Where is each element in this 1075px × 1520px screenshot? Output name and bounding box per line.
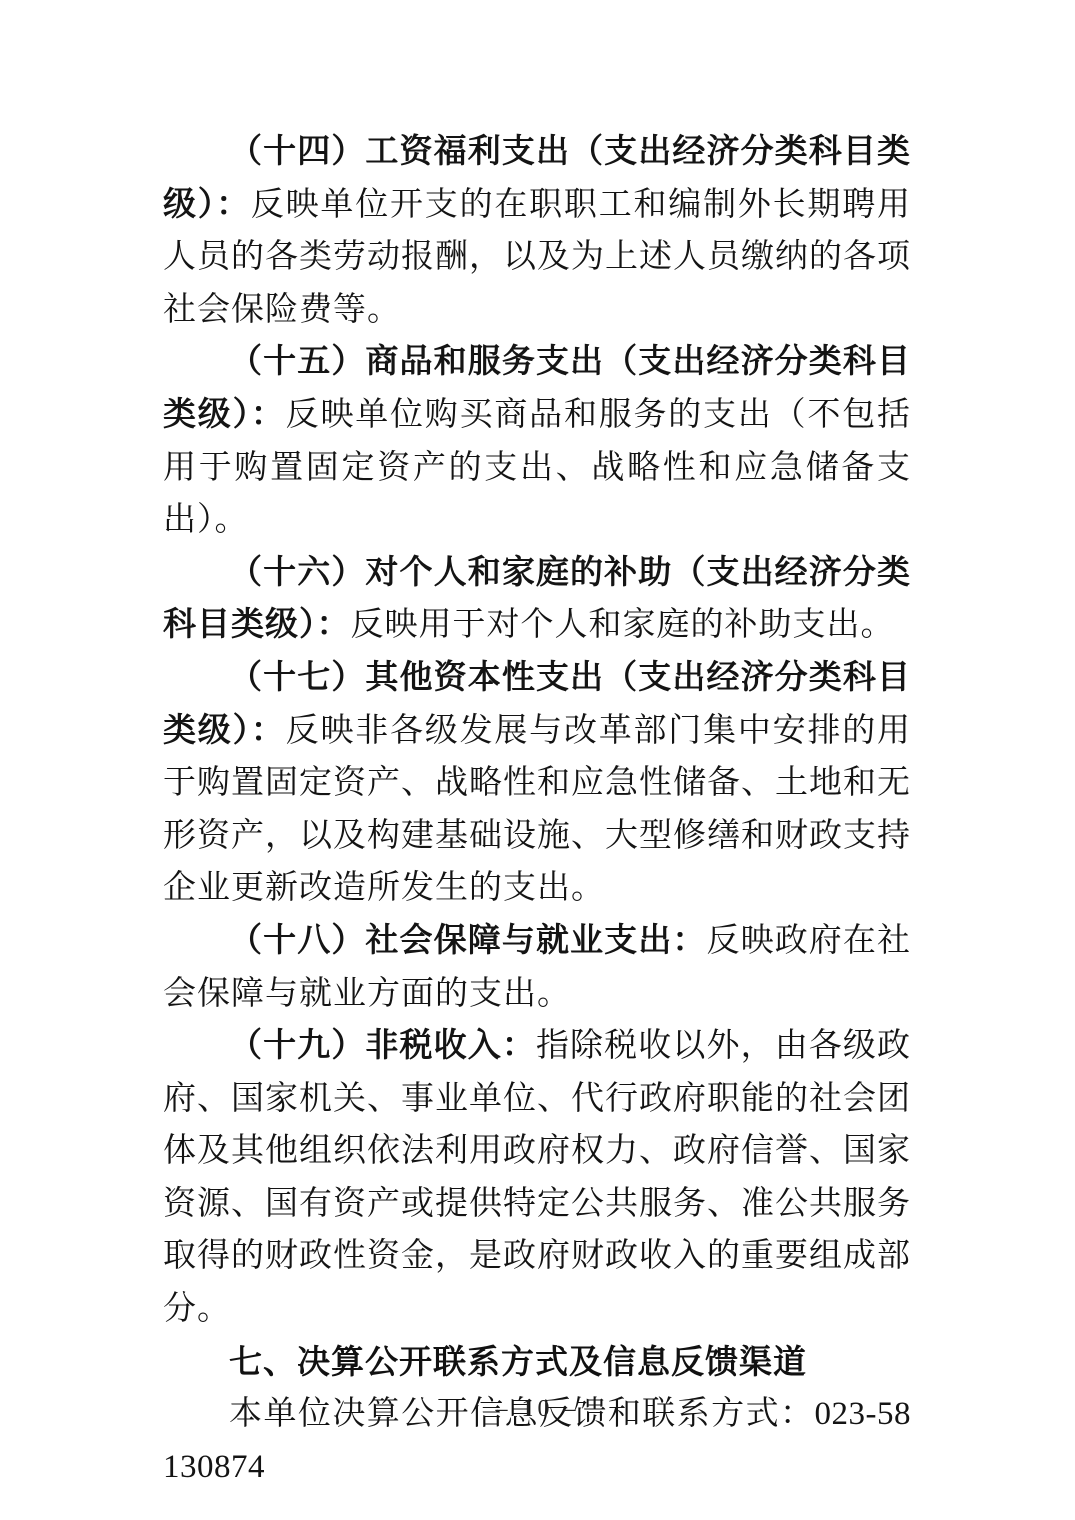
paragraph-item-17: （十七）其他资本性支出（支出经济分类科目类级）：反映非各级发展与改革部门集中安排… — [163, 652, 911, 915]
page-number: – 10 – — [496, 1396, 580, 1422]
paragraph-16-body: 反映用于对个人和家庭的补助支出。 — [351, 607, 895, 643]
document-page: （十四）工资福利支出（支出经济分类科目类级）：反映单位开支的在职职工和编制外长期… — [0, 0, 1075, 1520]
paragraph-item-15: （十五）商品和服务支出（支出经济分类科目类级）：反映单位购买商品和服务的支出（不… — [163, 336, 911, 546]
paragraph-19-body: 指除税收以外，由各级政府、国家机关、事业单位、代行政府职能的社会团体及其他组织依… — [163, 1028, 911, 1327]
paragraph-item-16: （十六）对个人和家庭的补助（支出经济分类科目类级）：反映用于对个人和家庭的补助支… — [163, 547, 911, 652]
paragraph-item-19: （十九）非税收入：指除税收以外，由各级政府、国家机关、事业单位、代行政府职能的社… — [163, 1020, 911, 1336]
paragraph-19-lead: （十九）非税收入： — [229, 1028, 536, 1064]
paragraph-item-18: （十八）社会保障与就业支出：反映政府在社会保障与就业方面的支出。 — [163, 915, 911, 1020]
paragraph-14-body: 反映单位开支的在职职工和编制外长期聘用人员的各类劳动报酬，以及为上述人员缴纳的各… — [163, 187, 911, 328]
document-content: （十四）工资福利支出（支出经济分类科目类级）：反映单位开支的在职职工和编制外长期… — [163, 126, 911, 1493]
page-number-footer: – 10 – — [0, 1396, 1075, 1423]
paragraph-18-lead: （十八）社会保障与就业支出： — [229, 923, 706, 959]
section-heading: 七、决算公开联系方式及信息反馈渠道 — [163, 1336, 911, 1389]
paragraph-item-14: （十四）工资福利支出（支出经济分类科目类级）：反映单位开支的在职职工和编制外长期… — [163, 126, 911, 336]
